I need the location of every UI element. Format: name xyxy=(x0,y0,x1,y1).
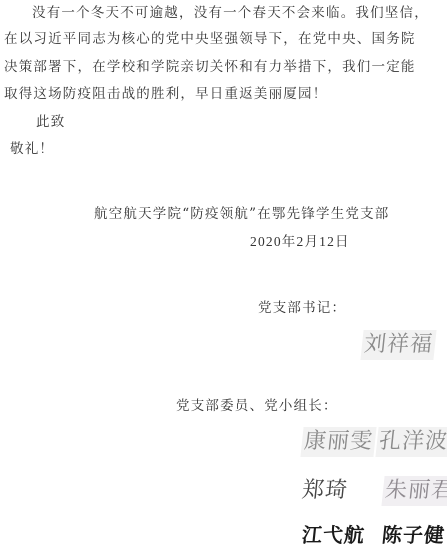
paragraph-line-4: 取得这场防疫阻击战的胜利，早日重返美丽厦园！ xyxy=(4,85,327,103)
committee-label: 党支部委员、党小组长： xyxy=(176,394,338,414)
paragraph-line-1: 没有一个冬天不可逾越，没有一个春天不会来临。我们坚信， xyxy=(32,4,429,22)
organization-name: 航空航天学院“防疫领航”在鄂先锋学生党支部 xyxy=(94,202,390,222)
secretary-signature: 刘祥福 xyxy=(360,330,436,360)
committee-signature-1: 康丽雯 xyxy=(300,427,376,457)
committee-signature-5: 江弋航 xyxy=(298,520,368,550)
salute-text: 敬礼！ xyxy=(10,140,54,158)
secretary-label: 党支部书记： xyxy=(258,296,346,316)
committee-signature-4: 朱丽君 xyxy=(381,476,447,506)
date-text: 2020年2月12日 xyxy=(250,230,350,250)
committee-signature-3: 郑琦 xyxy=(298,476,351,506)
paragraph-line-3: 决策部署下，在学校和学院亲切关怀和有力举措下，我们一定能 xyxy=(4,58,416,76)
closing-text: 此致 xyxy=(36,113,65,131)
committee-signature-6: 陈子健 xyxy=(378,520,447,550)
committee-signature-2: 孔洋波 xyxy=(375,427,447,457)
paragraph-line-2: 在以习近平同志为核心的党中央坚强领导下，在党中央、国务院 xyxy=(4,30,416,48)
